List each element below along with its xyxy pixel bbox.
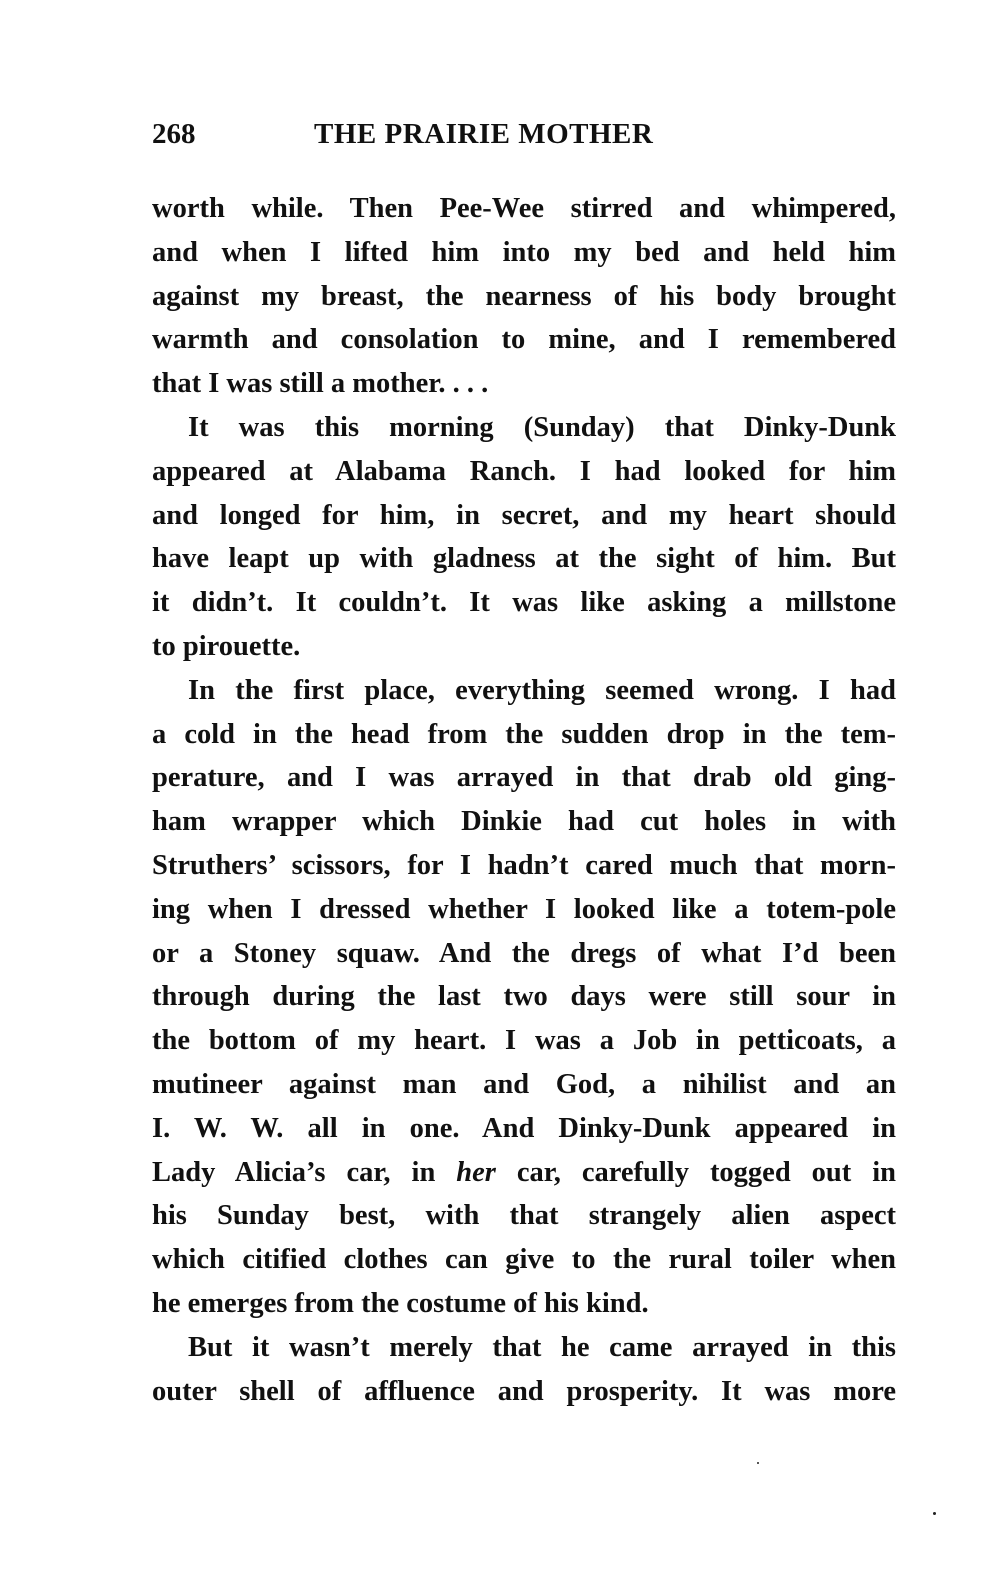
text-line: which citified clothes can give to the r… — [152, 1238, 896, 1282]
text-line: warmth and consolation to mine, and I re… — [152, 318, 896, 362]
text-line: to pirouette. — [152, 625, 896, 669]
text-line: mutineer against man and God, a nihilist… — [152, 1063, 896, 1107]
text-line: and longed for him, in secret, and my he… — [152, 494, 896, 538]
text-line: and when I lifted him into my bed and he… — [152, 231, 896, 275]
text-line: ing when I dressed whether I looked like… — [152, 888, 896, 932]
text-line: outer shell of affluence and prosperity.… — [152, 1370, 896, 1414]
text-line: have leapt up with gladness at the sight… — [152, 537, 896, 581]
text-line: or a Stoney squaw. And the dregs of what… — [152, 932, 896, 976]
italic-emphasis: her — [456, 1157, 496, 1188]
text-line: It was this morning (Sunday) that Dinky-… — [152, 406, 896, 450]
running-head: 268 THE PRAIRIE MOTHER — [152, 114, 896, 154]
text-run: Lady Alicia’s car, in — [152, 1157, 456, 1188]
text-line: he emerges from the costume of his kind. — [152, 1282, 896, 1326]
text-line-with-italic: Lady Alicia’s car, in her car, carefully… — [152, 1151, 896, 1195]
text-line: the bottom of my heart. I was a Job in p… — [152, 1019, 896, 1063]
text-line: against my breast, the nearness of his b… — [152, 275, 896, 319]
text-line: Struthers’ scissors, for I hadn’t cared … — [152, 844, 896, 888]
body-text: worth while. Then Pee-Wee stirred and wh… — [152, 187, 896, 1413]
text-line: worth while. Then Pee-Wee stirred and wh… — [152, 187, 896, 231]
text-line: ham wrapper which Dinkie had cut holes i… — [152, 800, 896, 844]
page-number: 268 — [152, 114, 196, 154]
text-line: it didn’t. It couldn’t. It was like aski… — [152, 581, 896, 625]
text-line: appeared at Alabama Ranch. I had looked … — [152, 450, 896, 494]
text-line: perature, and I was arrayed in that drab… — [152, 756, 896, 800]
text-line: In the first place, everything seemed wr… — [152, 669, 896, 713]
book-title: THE PRAIRIE MOTHER — [314, 114, 653, 154]
scan-speck — [757, 1462, 759, 1464]
text-line: But it wasn’t merely that he came arraye… — [152, 1326, 896, 1370]
text-line: through during the last two days were st… — [152, 975, 896, 1019]
text-run: car, carefully togged out in — [496, 1157, 896, 1188]
text-line: I. W. W. all in one. And Dinky-Dunk appe… — [152, 1107, 896, 1151]
text-line: a cold in the head from the sudden drop … — [152, 713, 896, 757]
scan-speck — [933, 1512, 936, 1515]
text-line: his Sunday best, with that strangely ali… — [152, 1194, 896, 1238]
text-line: that I was still a mother. . . . — [152, 362, 896, 406]
